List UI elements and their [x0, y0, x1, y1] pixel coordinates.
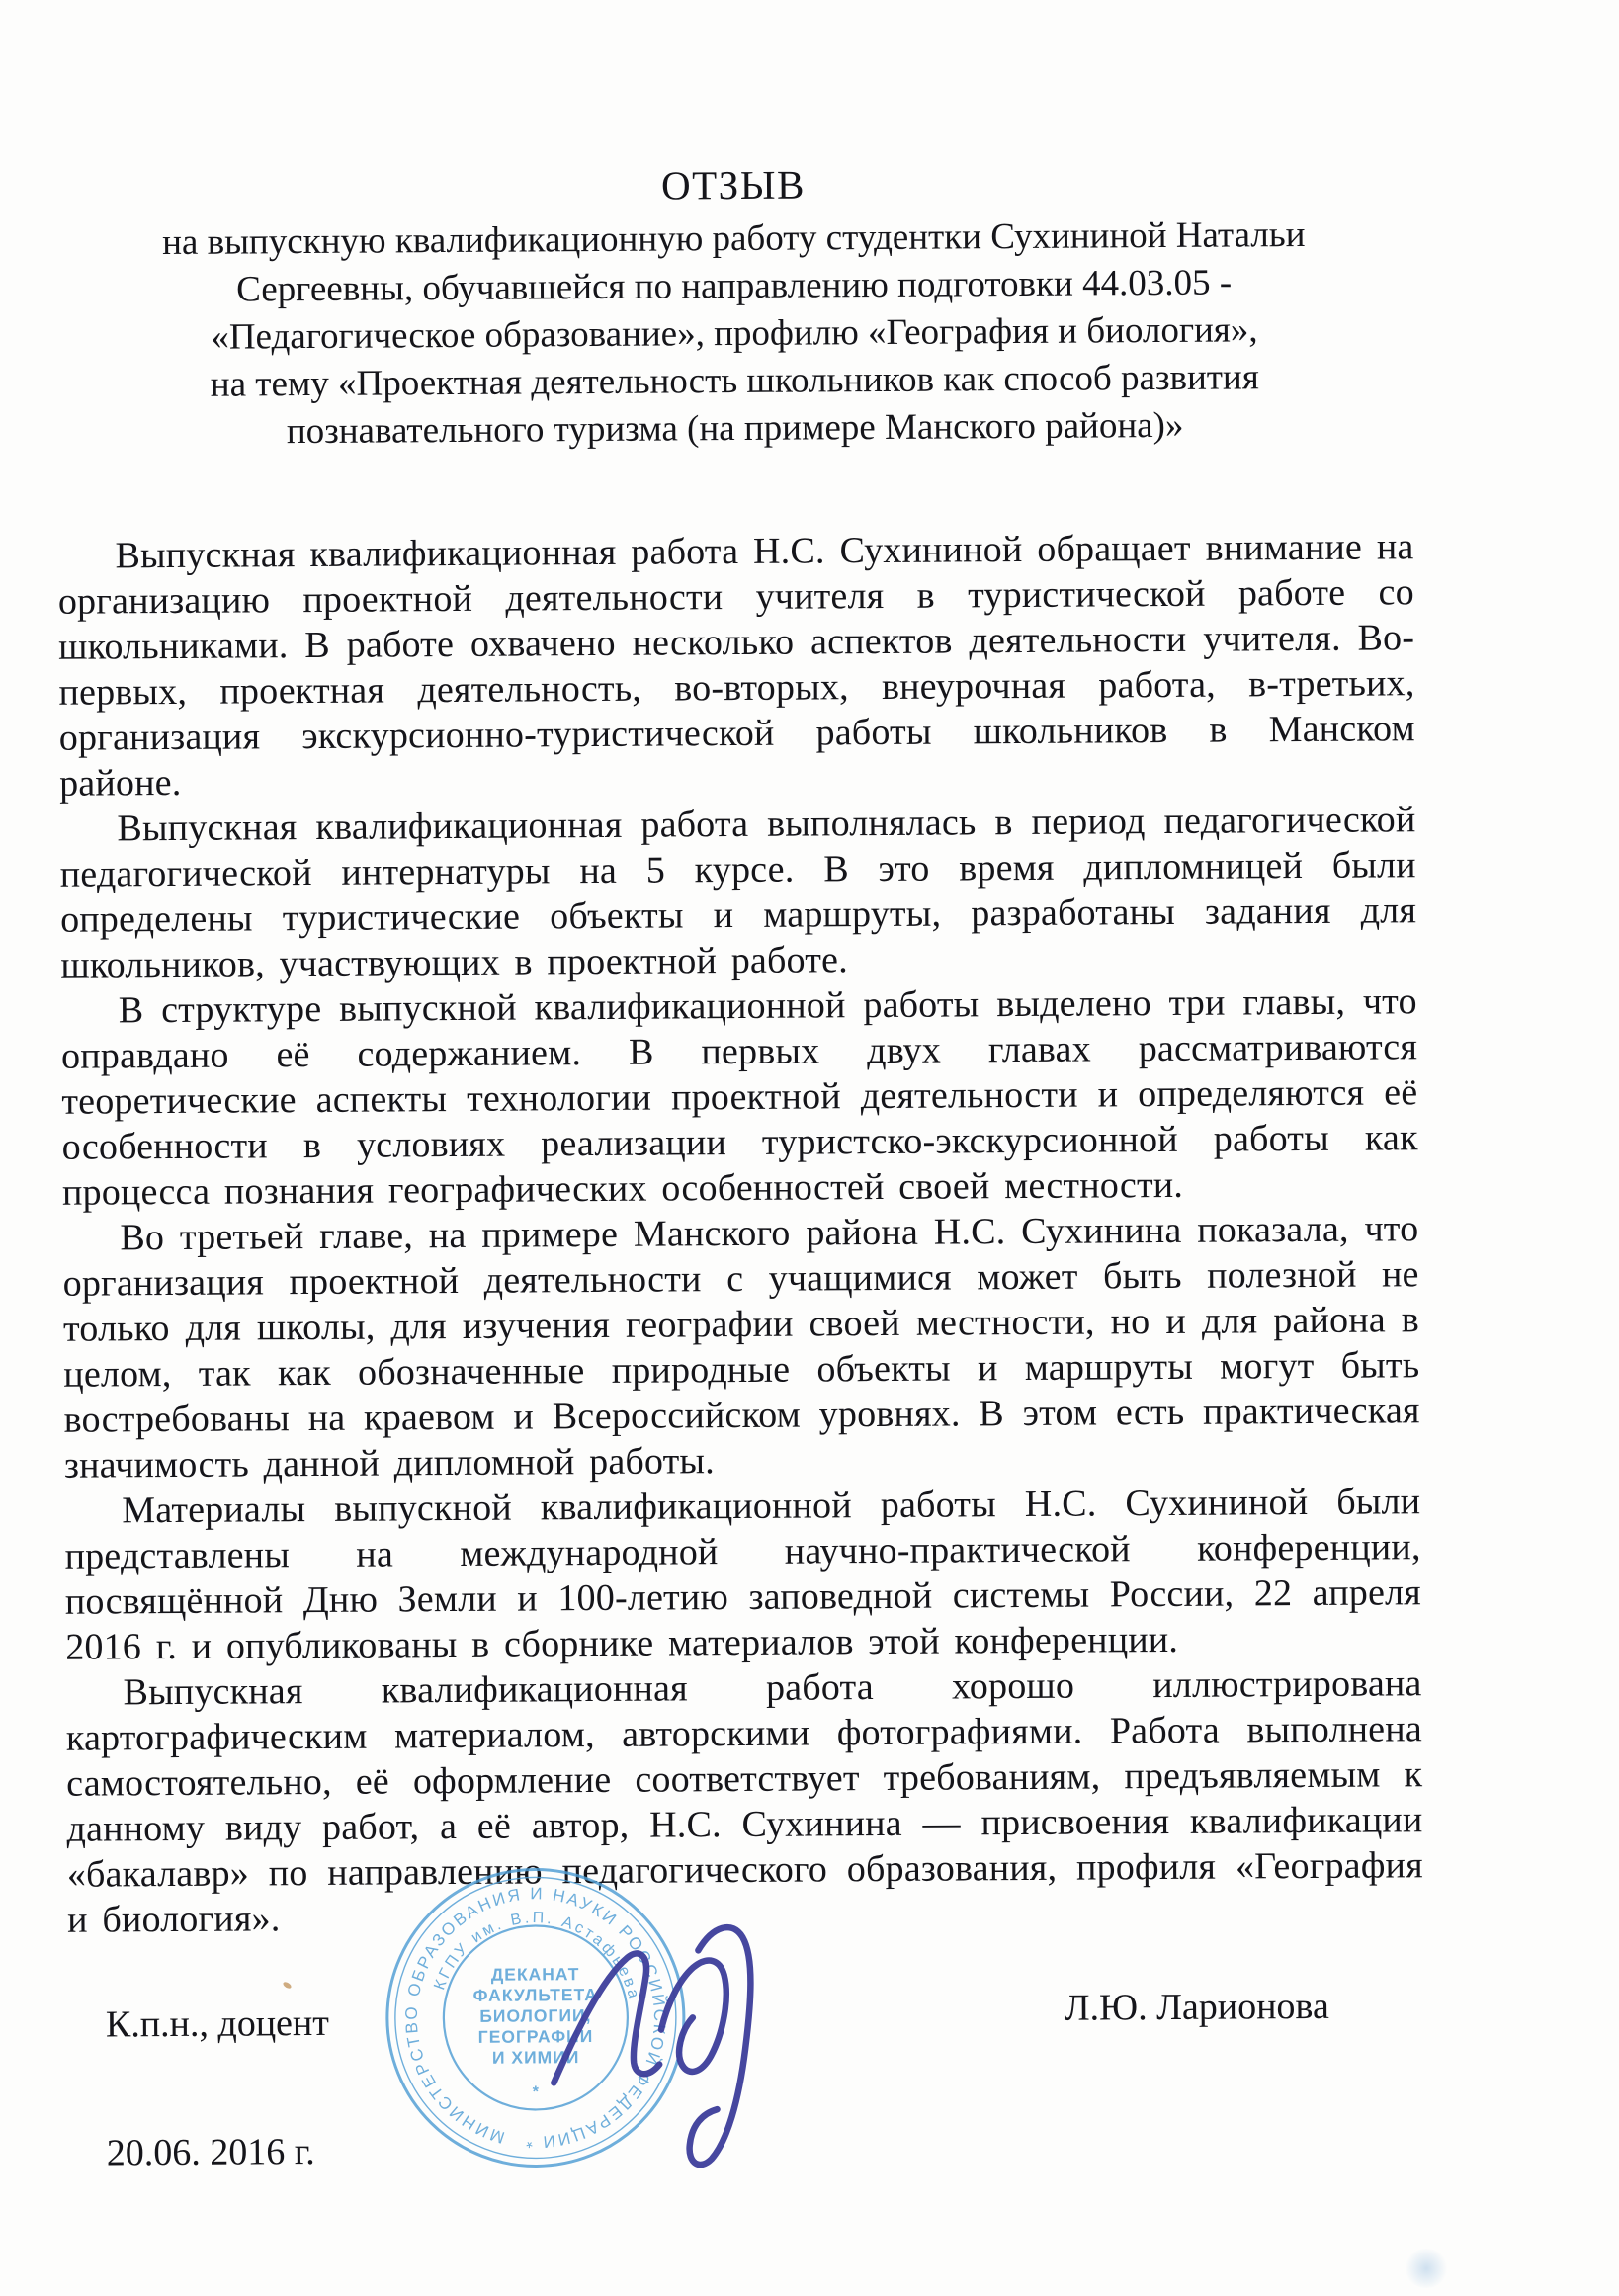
document-content: ОТЗЫВ на выпускную квалификационную рабо… — [55, 143, 1424, 1943]
scanned-review-page: ОТЗЫВ на выпускную квалификационную рабо… — [0, 0, 1619, 2296]
stamp-center-line: ДЕКАНАТ — [491, 1964, 580, 1985]
paper-speck-artifact — [282, 1981, 292, 1990]
review-body: Выпускная квалификационная работа Н.С. С… — [57, 524, 1423, 1943]
official-stamp-and-signature: МИНИСТЕРСТВО ОБРАЗОВАНИЯ И НАУКИ РОССИЙС… — [377, 1856, 804, 2185]
subtitle-line: на тему «Проектная деятельность школьник… — [56, 353, 1412, 410]
subtitle-line: познавательного туризма (на примере Манс… — [57, 400, 1413, 458]
paragraph: Выпускная квалификационная работа Н.С. С… — [57, 524, 1415, 807]
paragraph: Во третьей главе, на примере Манского ра… — [62, 1206, 1420, 1488]
stamp-center-line: ФАКУЛЬТЕТА — [473, 1985, 598, 2005]
page-title: ОТЗЫВ — [55, 155, 1411, 214]
paragraph: Выпускная квалификационная работа выполн… — [59, 797, 1416, 988]
stamp-seal-graphic: МИНИСТЕРСТВО ОБРАЗОВАНИЯ И НАУКИ РОССИЙС… — [377, 1856, 804, 2185]
stamp-center-line: БИОЛОГИИ, — [479, 2005, 591, 2026]
reviewer-name: Л.Ю. Ларионова — [1065, 1985, 1329, 2030]
ink-smudge-artifact — [1404, 2249, 1449, 2288]
reviewer-title: К.п.н., доцент — [106, 2001, 329, 2047]
paragraph: Материалы выпускной квалификационной раб… — [64, 1479, 1421, 1670]
review-date: 20.06. 2016 г. — [107, 2130, 315, 2174]
paragraph: В структуре выпускной квалификационной р… — [61, 978, 1419, 1216]
document-subtitle: на выпускную квалификационную работу сту… — [55, 211, 1413, 458]
stamp-star: * — [533, 2083, 540, 2100]
